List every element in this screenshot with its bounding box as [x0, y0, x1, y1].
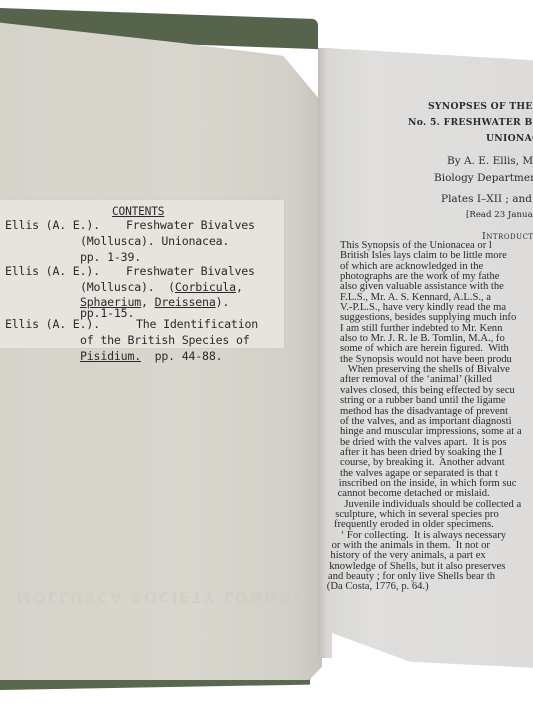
entry-line: Pisidium. pp. 44-88.	[80, 349, 222, 365]
entry-author: Ellis (A. E.).	[5, 264, 100, 280]
subtitle: UNIONACI	[486, 133, 533, 144]
entry-line: The Identification	[136, 317, 258, 333]
genus-dreissena: Dreissena	[155, 295, 216, 309]
read-date: [Read 23 January	[466, 210, 533, 220]
series-title: SYNOPSES OF THE BI	[428, 101, 533, 112]
faint-stamp: MOLLUSCA SOCIETY LONDON	[16, 588, 308, 606]
body-line: (Da Costa, 1776, p. 64.)	[327, 582, 512, 592]
entry-line: Freshwater Bivalves	[126, 218, 255, 234]
author-line: By A. E. Ellis, M	[447, 155, 533, 167]
affiliation-line: Biology Department, I	[434, 172, 533, 184]
body-text: This Synopsis of the Unionacea or lBriti…	[340, 241, 525, 593]
contents-label: CONTENTS Ellis (A. E.). Freshwater Bival…	[0, 200, 284, 348]
entry-author: Ellis (A. E.).	[5, 218, 100, 234]
entry-line: of the British Species of	[80, 333, 250, 349]
number-title: No. 5. FRESHWATER BI	[408, 117, 533, 128]
entry-line: (Mollusca). (Corbicula,	[80, 280, 243, 296]
entry-line: (Mollusca). Unionacea.	[80, 234, 229, 250]
genus-corbicula: Corbicula	[175, 280, 236, 294]
genus-pisidium: Pisidium.	[80, 349, 141, 363]
entry-line: Freshwater Bivalves	[126, 264, 255, 280]
plates-line: Plates I–XII ; and 1	[441, 193, 533, 205]
entry-author: Ellis (A. E.).	[5, 317, 100, 333]
